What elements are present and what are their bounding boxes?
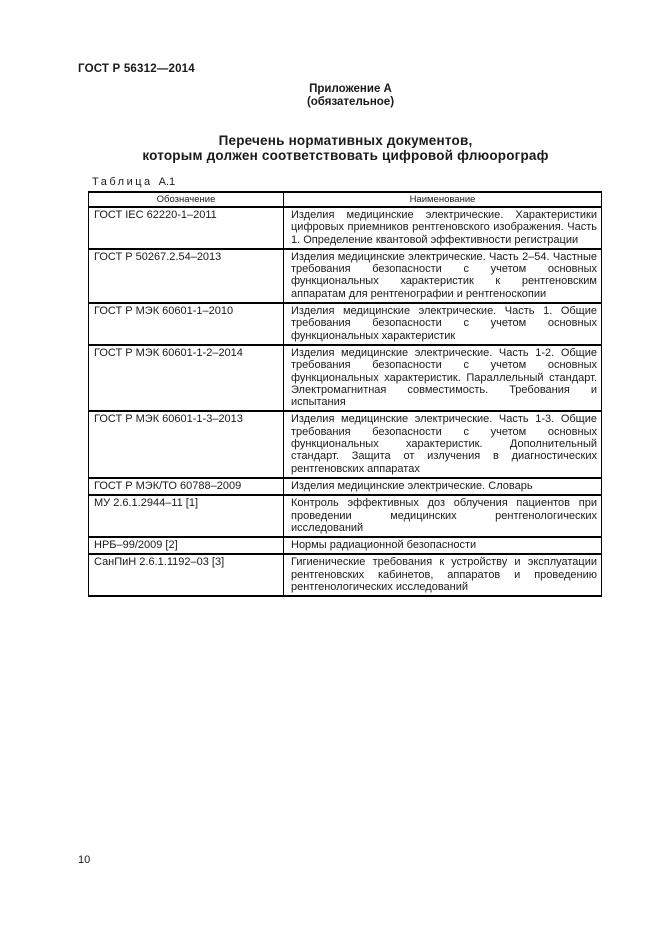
doc-number: ГОСТ Р 56312—2014 (78, 63, 195, 75)
row-name: Изделия медицинские электрические. Часть… (284, 249, 602, 303)
table-row: ГОСТ Р МЭК 60601-1–2010 Изделия медицинс… (89, 303, 602, 345)
row-designation: ГОСТ Р МЭК 60601-1-3–2013 (89, 411, 284, 477)
document-page: { "page": { "doc_number": "ГОСТ Р 56312—… (0, 0, 661, 936)
table-row: ГОСТ Р МЭК/ТО 60788–2009 Изделия медицин… (89, 478, 602, 495)
row-name: Изделия медицинские электрические. Часть… (284, 345, 602, 411)
normative-documents-table: Обозначение Наименование ГОСТ IEC 62220-… (88, 191, 602, 597)
appendix-subtitle: (обязательное) (78, 96, 623, 109)
page-title-line-2: которым должен соответствовать цифровой … (33, 148, 658, 163)
row-name: Изделия медицинские электрические. Часть… (284, 411, 602, 477)
row-designation: МУ 2.6.1.2944–11 [1] (89, 495, 284, 537)
row-designation: НРБ–99/2009 [2] (89, 537, 284, 554)
table-row: ГОСТ IEC 62220-1–2011 Изделия медицински… (89, 207, 602, 249)
table-row: СанПиН 2.6.1.1192–03 [3] Гигиенические т… (89, 554, 602, 596)
row-designation: ГОСТ Р МЭК 60601-1-2–2014 (89, 345, 284, 411)
table-row: МУ 2.6.1.2944–11 [1] Контроль эффективны… (89, 495, 602, 537)
row-name: Изделия медицинские электрические. Слова… (284, 478, 602, 495)
row-designation: ГОСТ Р МЭК/ТО 60788–2009 (89, 478, 284, 495)
row-name: Изделия медицинские электрические. Часть… (284, 303, 602, 345)
row-name: Гигиенические требования к устройству и … (284, 554, 602, 596)
table-row: ГОСТ Р МЭК 60601-1-3–2013 Изделия медици… (89, 411, 602, 477)
table-label: ТаблицаА.1 (92, 176, 175, 188)
table-header: Обозначение Наименование (89, 192, 602, 207)
row-name: Нормы радиационной безопасности (284, 537, 602, 554)
row-designation: СанПиН 2.6.1.1192–03 [3] (89, 554, 284, 596)
appendix-title: Приложение А (78, 83, 623, 96)
page-title-line-1: Перечень нормативных документов, (33, 133, 658, 148)
page-title: Перечень нормативных документов, которым… (33, 133, 658, 163)
column-header-designation: Обозначение (89, 192, 284, 207)
row-designation: ГОСТ Р МЭК 60601-1–2010 (89, 303, 284, 345)
table-label-word: Таблица (92, 176, 153, 188)
table-row: НРБ–99/2009 [2] Нормы радиационной безоп… (89, 537, 602, 554)
table-body: ГОСТ IEC 62220-1–2011 Изделия медицински… (89, 207, 602, 596)
row-name: Изделия медицинские электрические. Харак… (284, 207, 602, 249)
row-designation: ГОСТ Р 50267.2.54–2013 (89, 249, 284, 303)
page-number: 10 (78, 854, 90, 866)
appendix-heading: Приложение А (обязательное) (78, 83, 623, 109)
row-designation: ГОСТ IEC 62220-1–2011 (89, 207, 284, 249)
column-header-name: Наименование (284, 192, 602, 207)
table-row: ГОСТ Р МЭК 60601-1-2–2014 Изделия медици… (89, 345, 602, 411)
table-row: ГОСТ Р 50267.2.54–2013 Изделия медицинск… (89, 249, 602, 303)
table-label-number: А.1 (159, 176, 176, 188)
row-name: Контроль эффективных доз облучения пацие… (284, 495, 602, 537)
